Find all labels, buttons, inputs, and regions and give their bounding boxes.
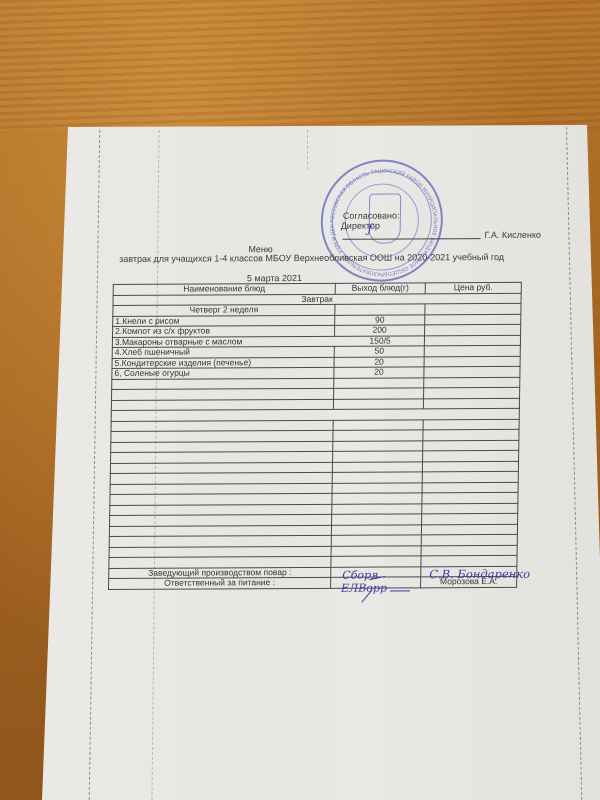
dish-yield: 20 (334, 367, 424, 378)
chef-signature: Сборя (342, 569, 378, 582)
director-signature: ƒ (368, 222, 373, 236)
dish-yield: 200 (335, 325, 425, 336)
column-header-yield: Выход блюд(г) (335, 283, 425, 294)
approval-position: Директор (341, 221, 380, 231)
document-subtitle: завтрак для учащихся 1-4 классов МБОУ Ве… (119, 252, 504, 264)
column-header-price: Цена руб. (425, 282, 521, 293)
dish-price (425, 314, 521, 325)
dish-price (424, 345, 520, 356)
director-name: Г.А. Кисленко (485, 230, 541, 240)
chef-handwritten-name: С.В. Бондаренко (429, 567, 530, 582)
document-date: 5 марта 2021 (247, 273, 302, 283)
menu-table: Наименование блюд Выход блюд(г) Цена руб… (108, 282, 522, 590)
dish-price (425, 324, 521, 335)
approval-label: Согласовано: (343, 210, 400, 220)
document: РОСТОВСКАЯ ОБЛАСТЬ ТАЦИНСКИЙ РАЙОН МУНИЦ… (0, 0, 600, 800)
responsible-signature: ЕЛВорр (341, 582, 387, 595)
dish-price (424, 335, 520, 346)
responsible-signature-stroke (390, 590, 410, 591)
responsible-label: Ответственный за питание : (109, 577, 331, 589)
dish-yield: 150/5 (369, 336, 390, 346)
dish-yield: 50 (334, 346, 424, 357)
dish-price (424, 366, 520, 377)
dish-price (424, 356, 520, 367)
